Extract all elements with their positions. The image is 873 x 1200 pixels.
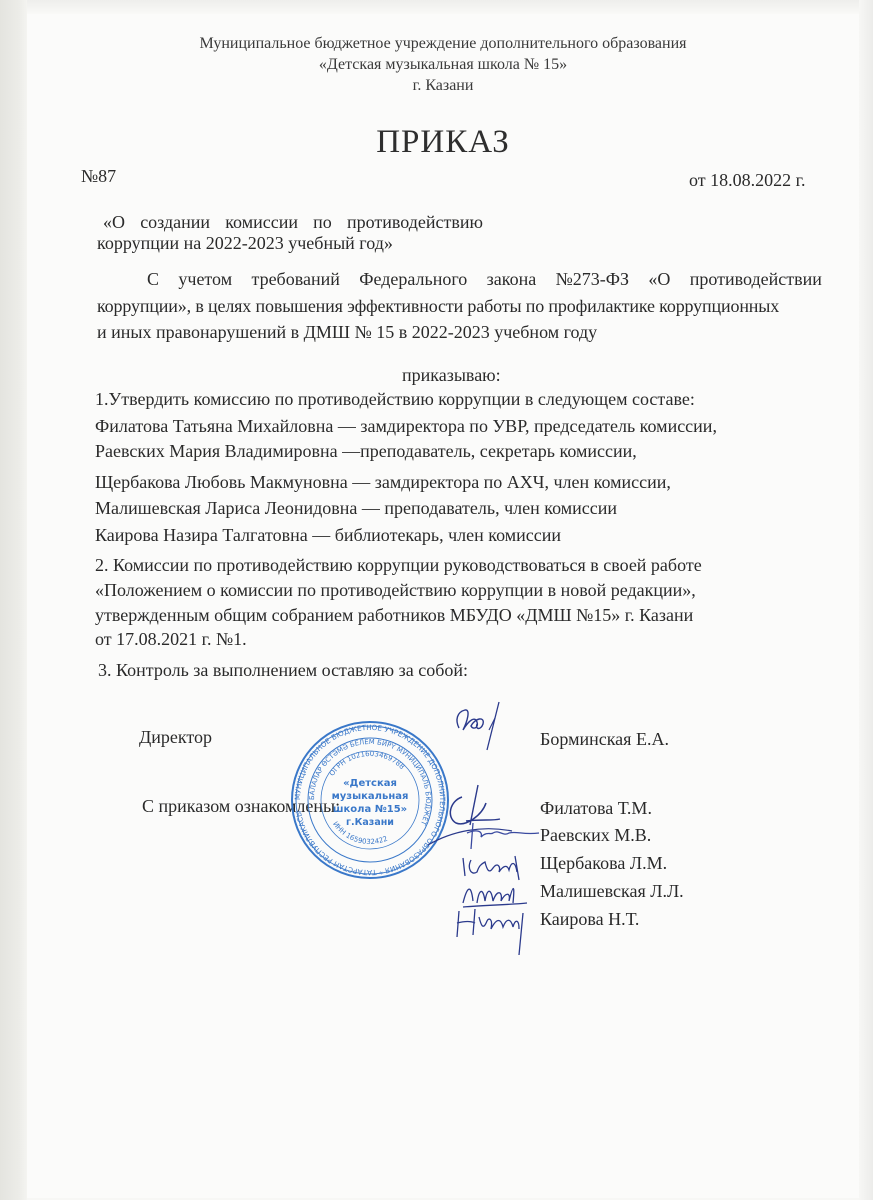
ack-name-4: Малишевская Л.Л. bbox=[540, 881, 684, 902]
subject-word: «О bbox=[103, 212, 125, 233]
scan-left-margin bbox=[0, 0, 27, 1200]
preamble-word: учетом bbox=[178, 269, 232, 290]
order-subject-line1: «О создании комиссии по противодействию bbox=[103, 212, 483, 233]
order-date: от 18.08.2022 г. bbox=[689, 170, 805, 191]
preamble-line3: и иных правонарушений в ДМШ № 15 в 2022-… bbox=[97, 322, 597, 343]
stamp-center-1: «Детская bbox=[343, 778, 397, 789]
ack-name-5: Каирова Н.Т. bbox=[540, 909, 639, 930]
org-name-line2: «Детская музыкальная школа № 15» bbox=[27, 56, 859, 74]
subject-word: создании bbox=[140, 212, 210, 233]
preamble-line2: коррупции», в целях повышения эффективно… bbox=[97, 296, 779, 317]
item-1: 1.Утвердить комиссию по противодействию … bbox=[95, 389, 695, 410]
member-4: Малишевская Лариса Леонидовна — преподав… bbox=[95, 498, 617, 519]
preamble-word: Федерального bbox=[359, 269, 467, 290]
kairova-signature-icon bbox=[453, 903, 543, 963]
preamble-word: противодействии bbox=[690, 269, 822, 290]
item-2-line2: «Положением о комиссии по противодействи… bbox=[95, 580, 696, 601]
preamble-word: закона bbox=[487, 269, 537, 290]
subject-word: по bbox=[313, 212, 332, 233]
document-title: ПРИКАЗ bbox=[27, 124, 859, 161]
member-1: Филатова Татьяна Михайловна — замдиректо… bbox=[95, 416, 717, 437]
member-2: Раевских Мария Владимировна —преподавате… bbox=[95, 441, 637, 462]
member-5: Каирова Назира Талгатовна — библиотекарь… bbox=[95, 525, 561, 546]
item-2-line3: утвержденным общим собранием работников … bbox=[95, 605, 693, 626]
stamp-center-3: школа №15» bbox=[333, 804, 407, 815]
order-number: №87 bbox=[81, 166, 116, 187]
order-verb: приказываю: bbox=[402, 365, 501, 386]
subject-word: противодействию bbox=[347, 212, 483, 233]
item-3: 3. Контроль за выполнением оставляю за с… bbox=[98, 660, 468, 681]
scan-top-edge bbox=[27, 0, 859, 14]
ack-name-1: Филатова Т.М. bbox=[540, 798, 652, 819]
org-city: г. Казани bbox=[27, 77, 859, 95]
director-signature-icon bbox=[437, 690, 537, 760]
stamp-center-2: музыкальная bbox=[332, 791, 409, 802]
preamble-word: №273-ФЗ bbox=[556, 269, 629, 290]
document-page: Муниципальное бюджетное учреждение допол… bbox=[27, 0, 859, 1198]
director-position: Директор bbox=[139, 727, 212, 748]
ack-name-2: Раевских М.В. bbox=[540, 825, 651, 846]
scan-right-margin bbox=[859, 0, 873, 1200]
org-name-line1: Муниципальное бюджетное учреждение допол… bbox=[27, 35, 859, 53]
preamble-word: «О bbox=[648, 269, 670, 290]
preamble-line1: С учетом требований Федерального закона … bbox=[147, 269, 822, 290]
member-3: Щербакова Любовь Макмуновна — замдиректо… bbox=[95, 472, 671, 493]
director-name: Борминская Е.А. bbox=[540, 729, 669, 750]
subject-word: комиссии bbox=[225, 212, 298, 233]
item-2-line4: от 17.08.2021 г. №1. bbox=[95, 629, 247, 650]
item-2-line1: 2. Комиссии по противодействию коррупции… bbox=[95, 555, 702, 576]
stamp-center-4: г.Казани bbox=[346, 817, 394, 828]
ack-name-3: Щербакова Л.М. bbox=[540, 853, 667, 874]
preamble-word: С bbox=[147, 269, 159, 290]
preamble-word: требований bbox=[251, 269, 339, 290]
order-subject-line2: коррупции на 2022-2023 учебный год» bbox=[97, 233, 393, 254]
